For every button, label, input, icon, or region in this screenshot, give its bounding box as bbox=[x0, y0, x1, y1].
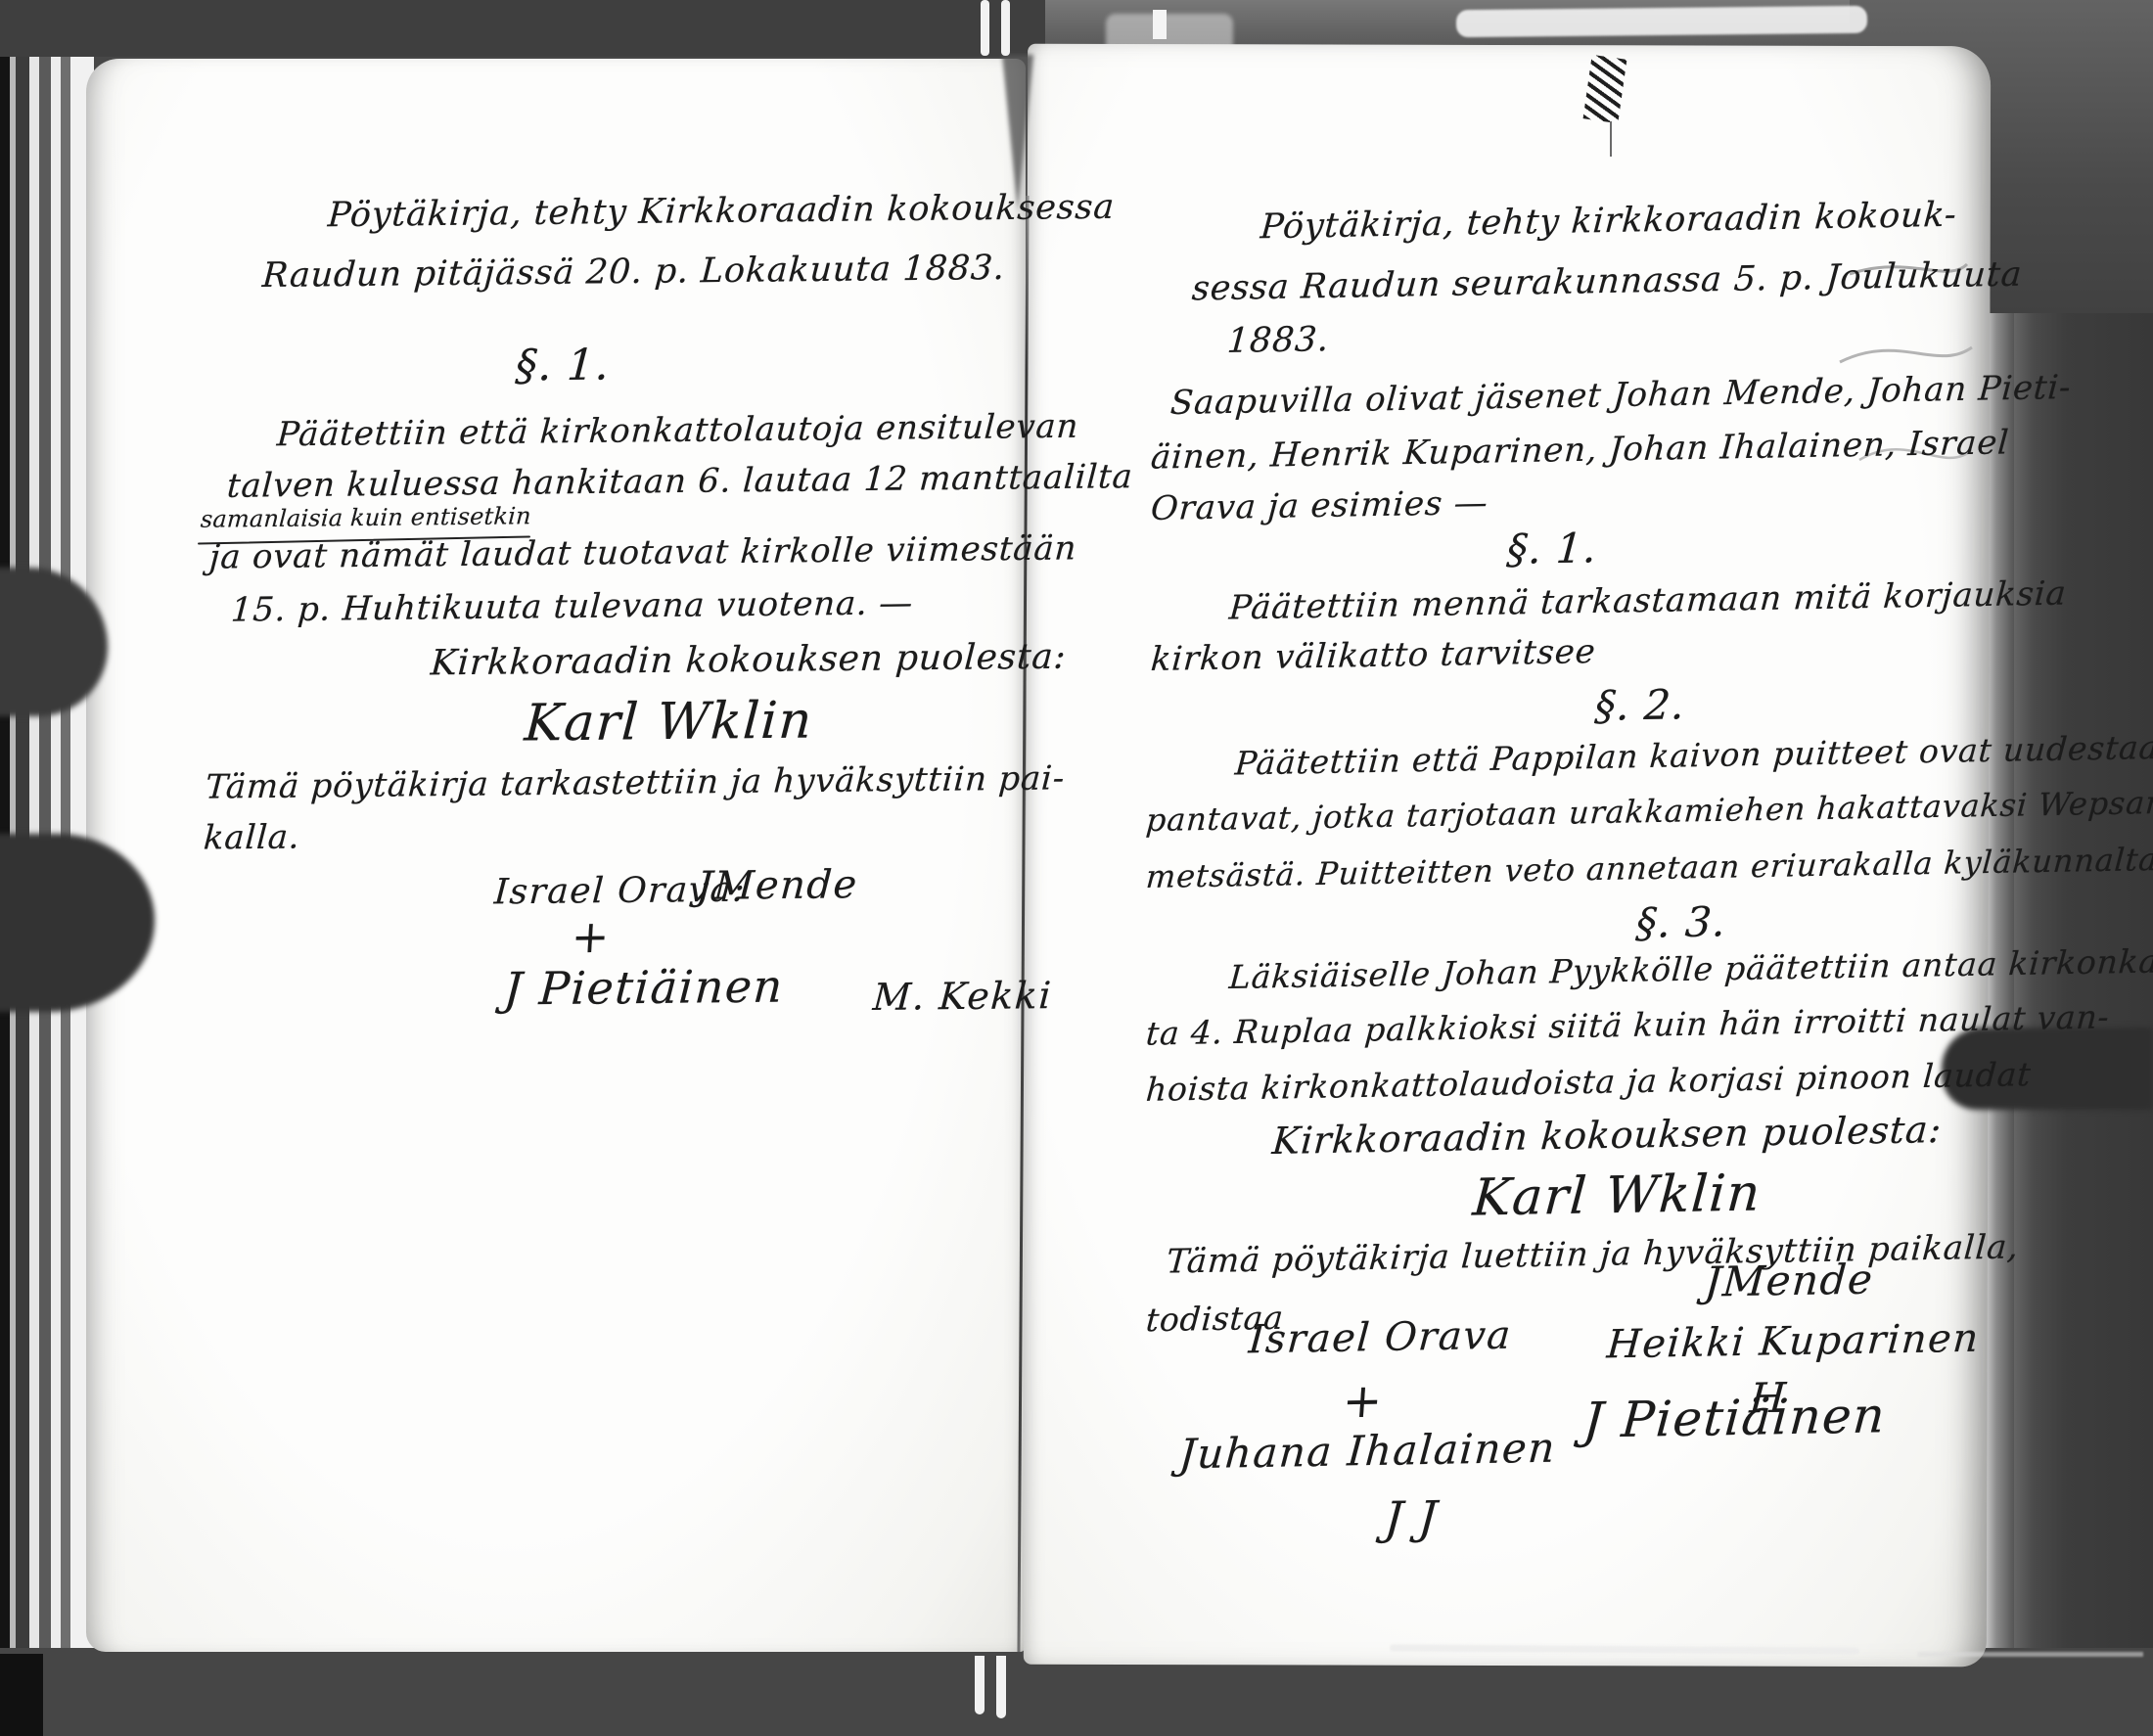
right-section-1-line-2: kirkon välikatto tarvitsee bbox=[1150, 632, 1597, 679]
signature-j-pietiainen: J Pietiäinen bbox=[1581, 1387, 1888, 1448]
left-chairman-signature: Karl Wklin bbox=[523, 691, 814, 753]
signature-j-mende: JMende bbox=[1703, 1255, 1875, 1305]
left-heading-line-2: Raudun pitäjässä 20. p. Lokakuuta 1883. bbox=[261, 249, 1006, 296]
signature-m-kekki: M. Kekki bbox=[872, 974, 1054, 1019]
gutter-mark bbox=[975, 1656, 985, 1714]
left-heading-line-1: Pöytäkirja, tehty Kirkkoraadin kokoukses… bbox=[327, 188, 1116, 235]
gutter-mark bbox=[996, 1656, 1006, 1718]
page-stack-chip bbox=[1153, 10, 1167, 39]
signature-j-mende: JMende bbox=[696, 862, 859, 909]
left-section-1-mark: §. 1. bbox=[514, 340, 611, 390]
left-closing-line: Kirkkoraadin kokouksen puolesta: bbox=[430, 637, 1068, 684]
orava-cross-mark: + bbox=[570, 910, 612, 963]
right-chairman-signature: Karl Wklin bbox=[1471, 1164, 1764, 1227]
signature-j-pietiainen: J Pietiäinen bbox=[502, 959, 785, 1015]
left-attest-line-2: kalla. bbox=[203, 817, 301, 857]
signature-juhana-ihalainen: Juhana Ihalainen bbox=[1177, 1424, 1557, 1479]
right-section-3-mark: §. 3. bbox=[1634, 897, 1727, 947]
left-body-interline-insert: samanlaisia kuin entisetkin bbox=[200, 502, 531, 533]
signature-israel-orava: Israel Orava bbox=[1247, 1313, 1513, 1363]
ihalainen-initials-mark: J J bbox=[1383, 1490, 1440, 1544]
page-stack-highlight bbox=[1456, 6, 1867, 37]
right-section-2-mark: §. 2. bbox=[1593, 680, 1686, 730]
bottom-left-shadow bbox=[0, 1654, 43, 1736]
right-attendees-line-3: Orava ja esimies — bbox=[1150, 483, 1489, 528]
left-body-line-4: 15. p. Huhtikuuta tulevana vuotena. — bbox=[230, 583, 914, 629]
scan-light-streak bbox=[1918, 1652, 2143, 1657]
right-heading-line-3: 1883. bbox=[1226, 320, 1331, 361]
gutter-mark bbox=[1001, 0, 1010, 56]
top-scan-band bbox=[0, 0, 1045, 57]
signature-heikki-kuparinen: Heikki Kuparinen bbox=[1605, 1316, 1981, 1368]
right-section-1-mark: §. 1. bbox=[1505, 524, 1598, 573]
orava-cross-mark: + bbox=[1341, 1374, 1385, 1430]
ink-hatch-mark bbox=[1610, 121, 1612, 157]
scanned-minutes-book: Pöytäkirja, tehty Kirkkoraadin kokoukses… bbox=[0, 0, 2153, 1736]
gutter-mark bbox=[981, 0, 989, 56]
